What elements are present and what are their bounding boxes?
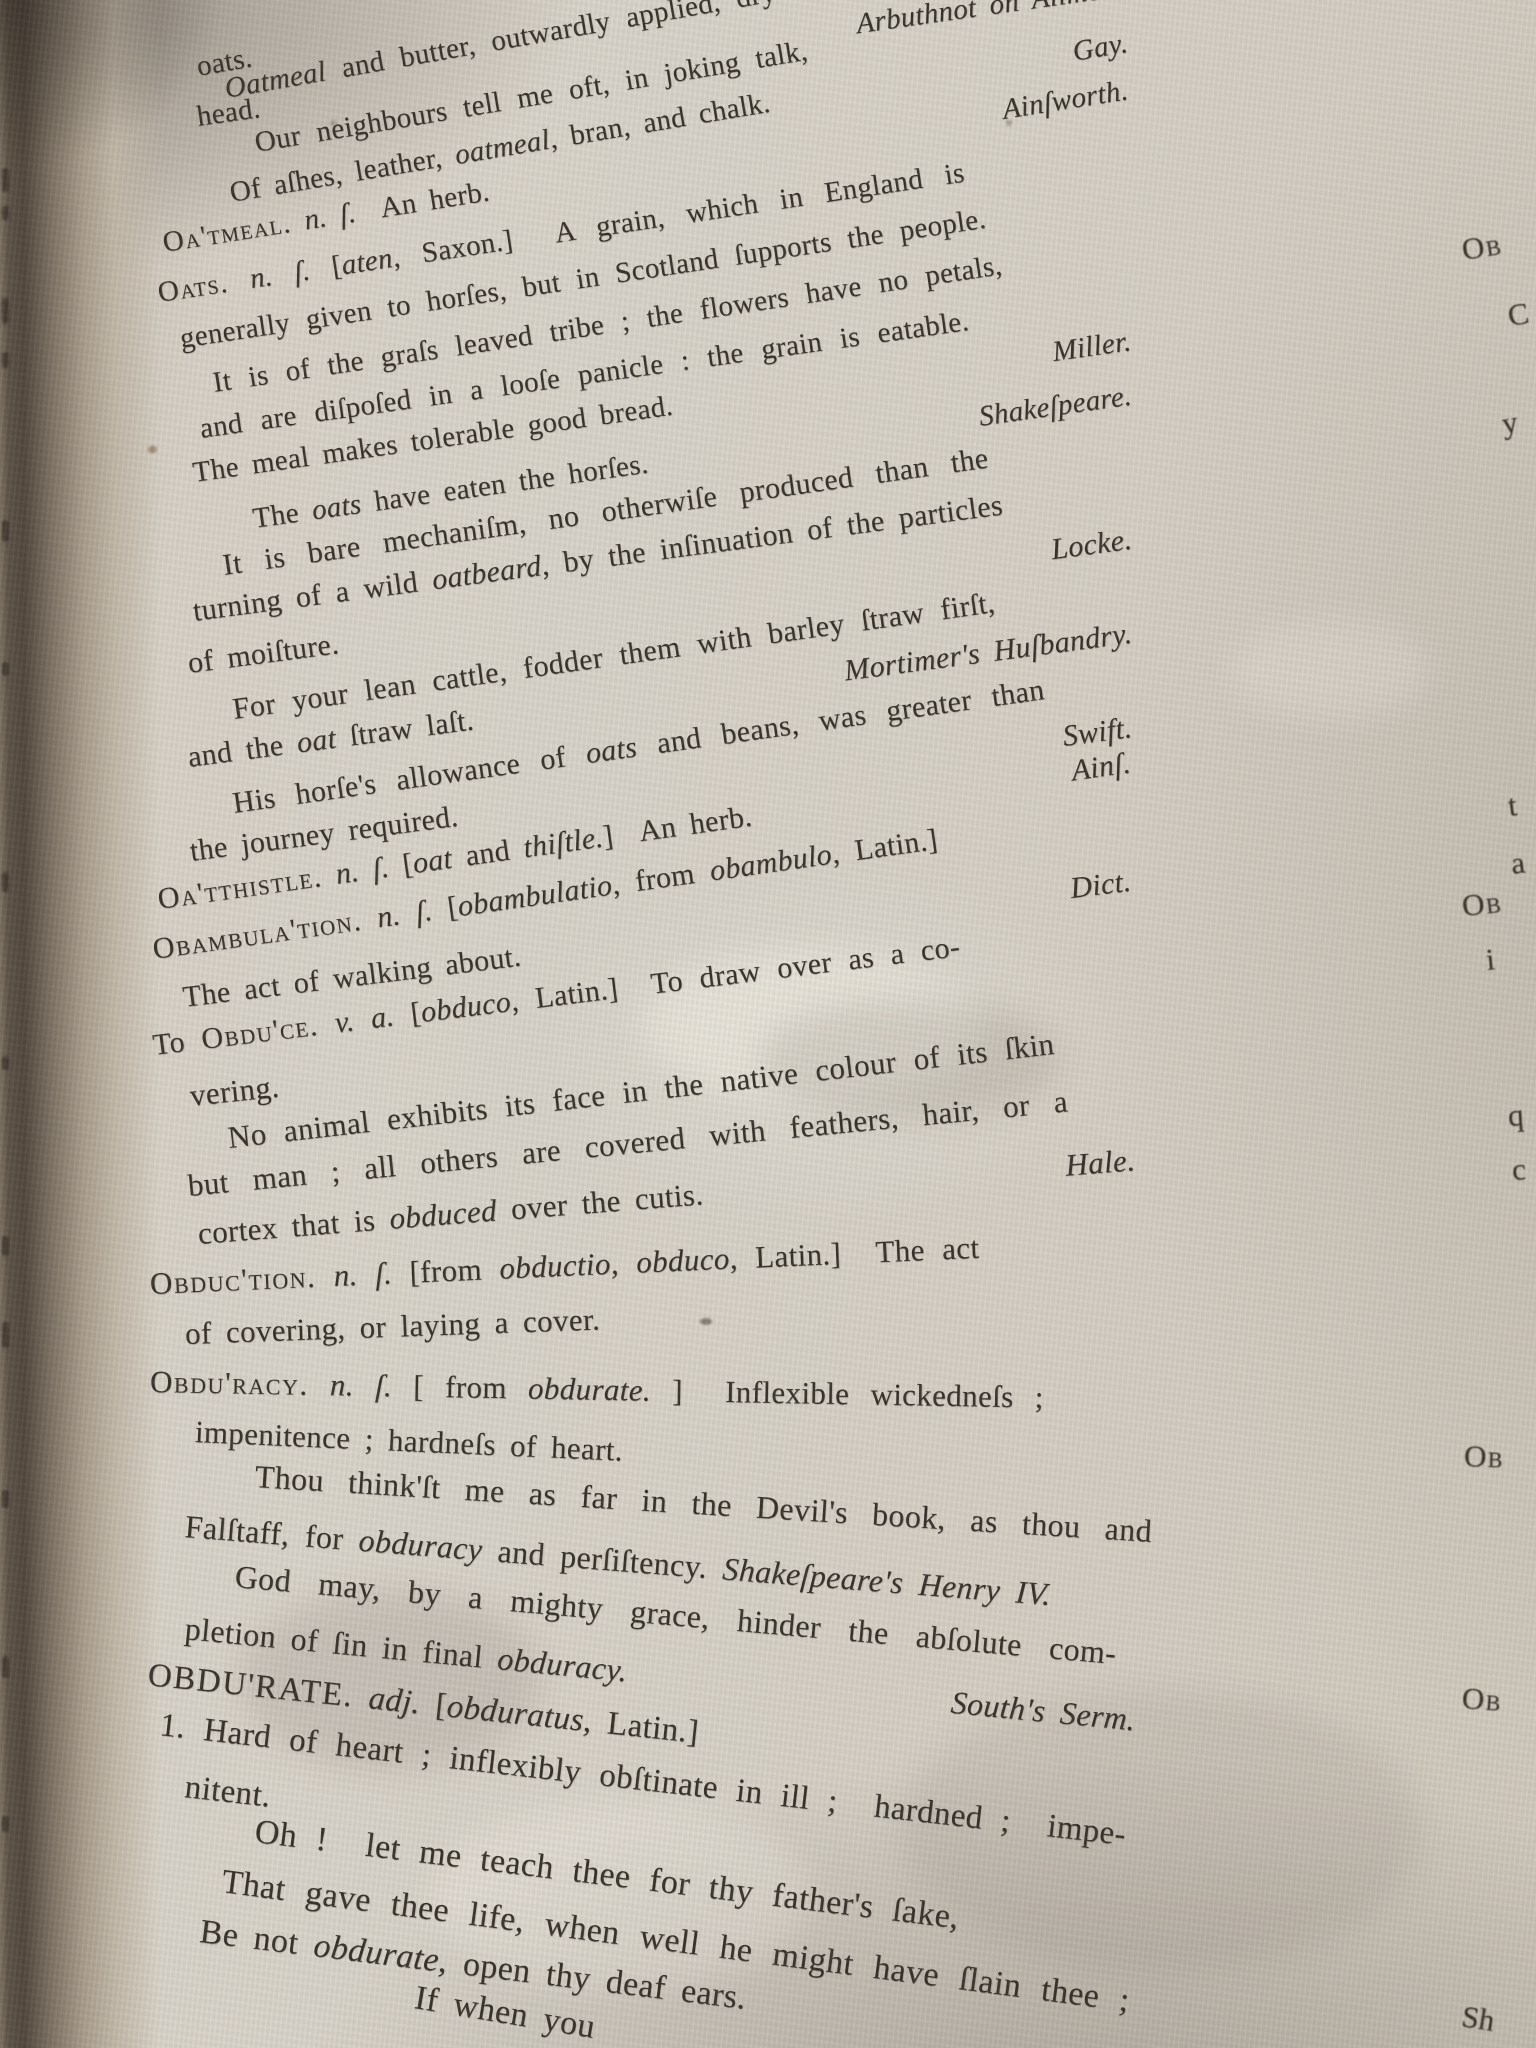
line-text: The — [251, 494, 315, 536]
line-text: Oats. — [155, 266, 230, 310]
line-text: obdurate — [311, 1926, 441, 1981]
line-text: over the cutis. — [495, 1176, 704, 1229]
line-text: [ — [392, 995, 423, 1033]
book-photo: { "meta": { "description": "Photograph o… — [0, 0, 1536, 2048]
line-text: of covering, or laying a cover. — [184, 1302, 600, 1353]
line-text: , Latin.] The act — [729, 1230, 980, 1277]
cut-off-text-fragment: Sh — [1459, 1998, 1497, 2039]
line-text: Obdu'ce. — [199, 1008, 320, 1057]
line-text: [ — [418, 1685, 449, 1727]
citation-text: Shakeſpeare. — [977, 379, 1134, 434]
cut-off-text-fragment: c — [1511, 1151, 1527, 1188]
line-text: n. ſ. — [226, 253, 313, 299]
line-text: n. ſ. — [289, 196, 359, 240]
line-text: and perſiſtency. — [481, 1531, 724, 1588]
line-text: cortex that is — [197, 1201, 391, 1253]
line-text: obambulatio — [455, 868, 614, 925]
citation-text: Dict. — [1068, 864, 1133, 907]
cut-off-text-fragment: q — [1507, 1097, 1525, 1134]
line-text: oatbeard — [430, 548, 544, 597]
line-text: obductio, obduco — [499, 1241, 731, 1288]
line-text: Oa'tmeal. — [160, 206, 294, 260]
line-text: [ — [307, 249, 344, 288]
line-text: obambulo — [708, 837, 835, 889]
line-text: obduracy — [357, 1522, 484, 1569]
text-line: of covering, or laying a cover. — [184, 1302, 600, 1353]
line-text: oatmeal — [452, 123, 552, 173]
line-text: Obdu'racy. — [150, 1364, 309, 1403]
line-text: obduratus — [445, 1688, 586, 1741]
line-text: nitent. — [183, 1768, 273, 1816]
cut-off-text-fragment: Ob — [1459, 226, 1504, 268]
line-text: Be not — [198, 1912, 317, 1966]
line-text: To — [151, 1022, 204, 1063]
cut-off-text-fragment: Ob — [1461, 1680, 1504, 1719]
citation-text: Ainſ. — [1069, 746, 1133, 789]
line-text: Falſtaff, for — [184, 1508, 361, 1559]
line-text: adj. — [352, 1678, 423, 1724]
line-text: aten — [339, 241, 395, 282]
cut-off-text-fragment: Ob — [1463, 1438, 1504, 1475]
line-text: oat — [295, 721, 339, 761]
dictionary-page: Oa'tmeal. n. ſ. [oat and meal.] Flower m… — [0, 0, 1536, 2048]
line-text: oat — [410, 841, 454, 882]
line-text: , from — [610, 854, 713, 903]
text-lines: Oa'tmeal. n. ſ. [oat and meal.] Flower m… — [0, 0, 1536, 2048]
cut-off-text-fragment: Ob — [1460, 884, 1504, 924]
line-text: ſtraw laſt. — [334, 703, 476, 756]
line-text: , Latin.] — [829, 822, 940, 872]
line-text: Obduc'tion. — [149, 1259, 317, 1303]
line-text: n. ſ. — [320, 850, 392, 894]
text-line: nitent. — [183, 1768, 273, 1816]
line-text: [ from — [392, 1368, 528, 1407]
line-text: and — [450, 831, 526, 876]
text-line: Obdu'racy. n. ſ. [ from obdurate. ] Infl… — [150, 1364, 1044, 1416]
line-text: oats — [310, 487, 364, 528]
text-line: vering. — [188, 1069, 281, 1115]
line-text: obduracy. — [496, 1640, 630, 1690]
line-text: thiſtle. — [521, 820, 606, 866]
line-text: obduced — [388, 1193, 498, 1238]
line-text: and the — [186, 726, 300, 775]
line-text: Oa'tmeal. — [167, 0, 301, 8]
citation-text: Ainſworth. — [1000, 73, 1131, 127]
line-text: of moiſture. — [186, 626, 341, 681]
citation-text: South's Serm. — [949, 1684, 1137, 1739]
line-text: obdurate. — [528, 1371, 652, 1410]
line-text: n. ſ. — [315, 1255, 392, 1295]
citation-text: Locke. — [1049, 522, 1134, 568]
line-text: n. ſ. — [359, 893, 434, 938]
line-text: oats — [583, 729, 639, 771]
line-text: v. a. — [316, 999, 396, 1043]
line-text: ] Inflexible wickedneſs ; — [651, 1373, 1044, 1416]
line-text: n. ſ. — [308, 1367, 392, 1405]
citation-text: Gay. — [1070, 26, 1130, 69]
citation-text: Hale. — [1064, 1142, 1137, 1184]
line-text: vering. — [188, 1069, 281, 1115]
line-text: , Latin.] — [582, 1702, 701, 1753]
line-text: obduco — [419, 984, 513, 1030]
citation-text: Miller. — [1050, 324, 1133, 369]
line-text: [from — [391, 1251, 500, 1292]
line-text: Oa'tthistle. — [156, 859, 325, 917]
